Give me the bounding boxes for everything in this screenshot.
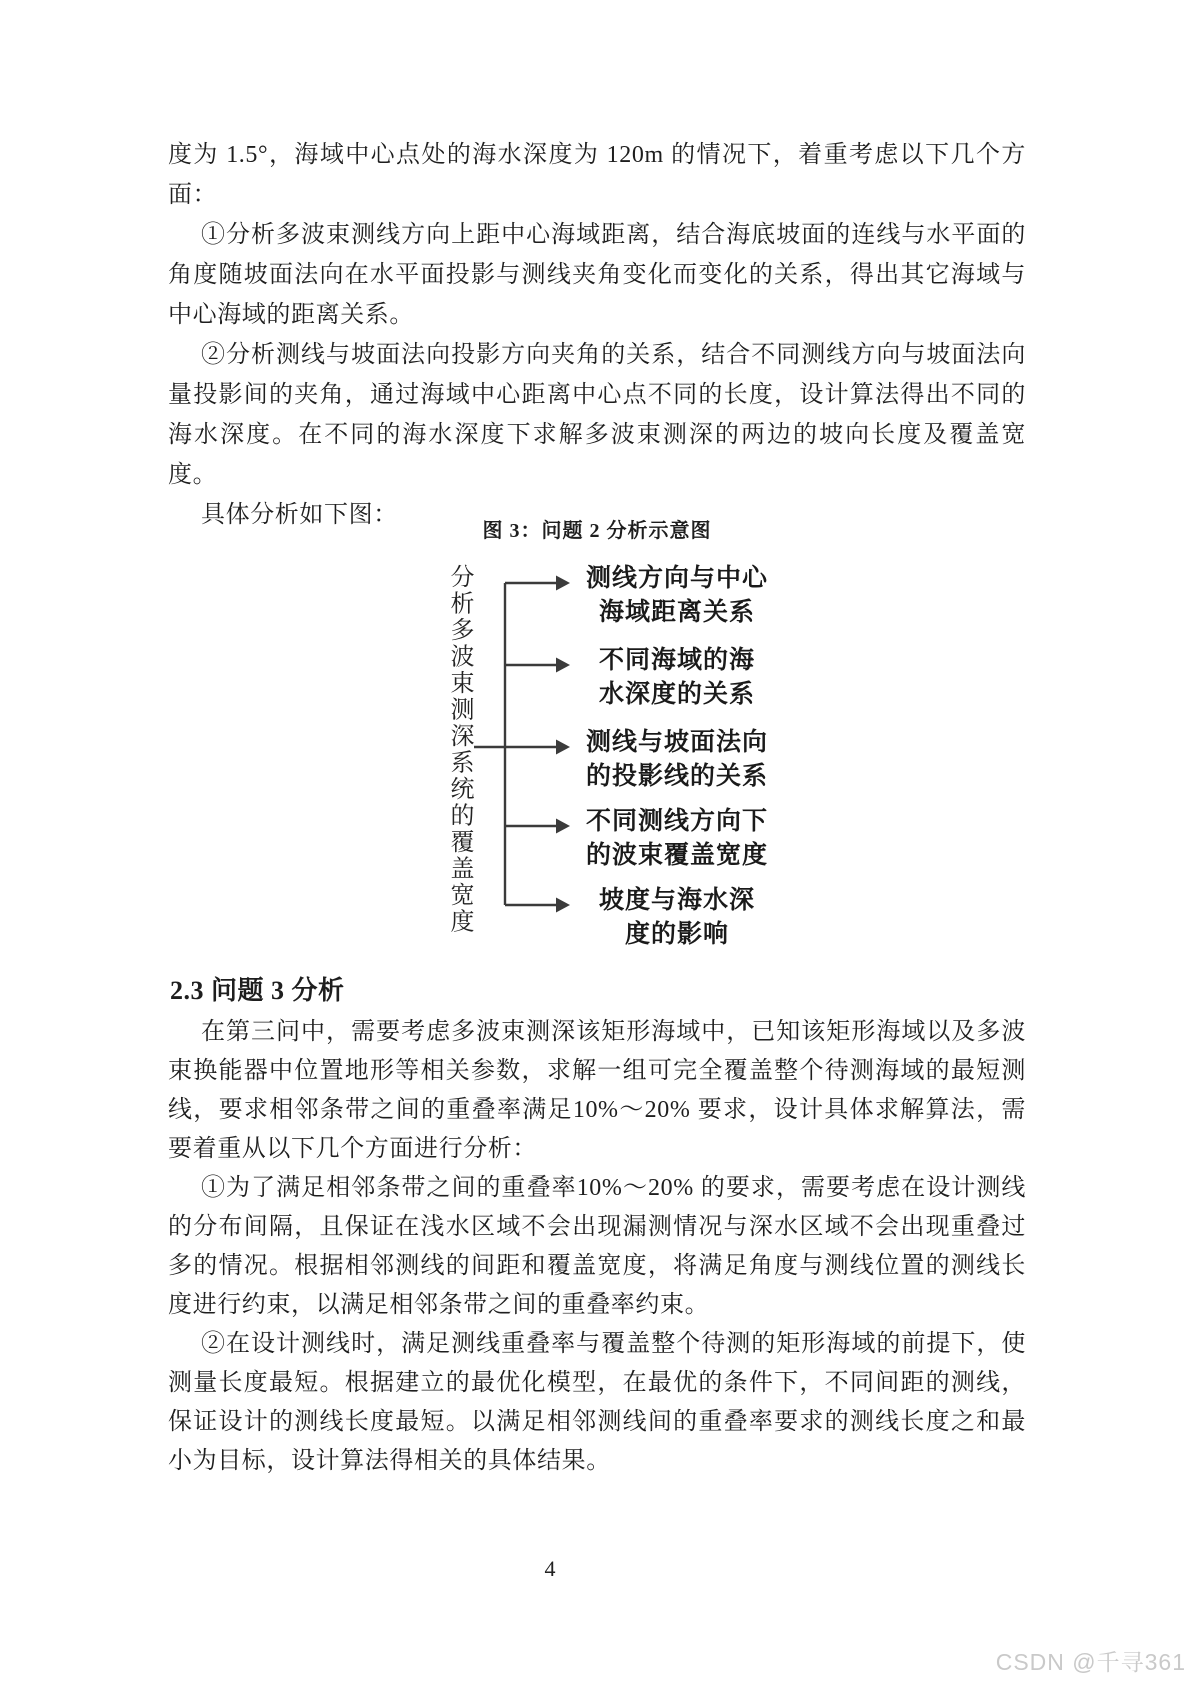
branch-1-line-1: 测线方向与中心 (572, 562, 782, 596)
page-number: 4 (530, 1556, 570, 1582)
document-page: 度为 1.5°，海域中心点处的海水深度为 120m 的情况下，着重考虑以下几个方… (0, 0, 1190, 1683)
diagram-trunk-line (474, 583, 505, 905)
section-2-3-heading: 2.3 问题 3 分析 (170, 970, 345, 1007)
diagram-branch-2: 不同海域的海 水深度的关系 (572, 644, 782, 712)
branch-4-line-1: 不同测线方向下 (572, 805, 782, 839)
branch-3-line-2: 的投影线的关系 (572, 760, 782, 794)
branch-5-line-1: 坡度与海水深 (572, 884, 782, 918)
diagram-branch-5: 坡度与海水深 度的影响 (572, 884, 782, 952)
figure3-caption: 图 3：问题 2 分析示意图 (168, 514, 1026, 543)
diagram-connector-lines (470, 558, 580, 958)
diagram-branch-4: 不同测线方向下 的波束覆盖宽度 (572, 805, 782, 873)
branch-5-line-2: 度的影响 (572, 918, 782, 952)
body-text-block-top: 度为 1.5°，海域中心点处的海水深度为 120m 的情况下，着重考虑以下几个方… (168, 135, 1026, 535)
branch-arrow-3 (505, 740, 570, 755)
section-2-3-point-2: ②在设计测线时，满足测线重叠率与覆盖整个待测的矩形海域的前提下，使测量长度最短。… (168, 1325, 1026, 1481)
section-2-3-point-1: ①为了满足相邻条带之间的重叠率10%～20% 的要求，需要考虑在设计测线的分布间… (168, 1169, 1026, 1325)
branch-arrow-1 (505, 576, 570, 591)
paragraph-point-2: ②分析测线与坡面法向投影方向夹角的关系，结合不同测线方向与坡面法向量投影间的夹角… (168, 335, 1026, 495)
branch-arrow-5 (505, 898, 570, 913)
branch-4-line-2: 的波束覆盖宽度 (572, 839, 782, 873)
branch-2-line-1: 不同海域的海 (572, 644, 782, 678)
paragraph-continuation: 度为 1.5°，海域中心点处的海水深度为 120m 的情况下，着重考虑以下几个方… (168, 135, 1026, 215)
paragraph-point-1: ①分析多波束测线方向上距中心海域距离，结合海底坡面的连线与水平面的角度随坡面法向… (168, 215, 1026, 335)
body-text-block-bottom: 在第三问中，需要考虑多波束测深该矩形海域中，已知该矩形海域以及多波束换能器中位置… (168, 1013, 1026, 1481)
branch-2-line-2: 水深度的关系 (572, 678, 782, 712)
figure3-diagram: 分析多波束测深系统的覆盖宽度 测线方向与中心 海 (0, 558, 1190, 958)
watermark: CSDN @千寻361 (996, 1644, 1186, 1677)
diagram-branch-3: 测线与坡面法向 的投影线的关系 (572, 726, 782, 794)
section-2-3-intro: 在第三问中，需要考虑多波束测深该矩形海域中，已知该矩形海域以及多波束换能器中位置… (168, 1013, 1026, 1169)
branch-arrow-4 (505, 819, 570, 834)
branch-1-line-2: 海域距离关系 (572, 596, 782, 630)
branch-arrow-2 (505, 658, 570, 673)
diagram-branch-1: 测线方向与中心 海域距离关系 (572, 562, 782, 630)
branch-3-line-1: 测线与坡面法向 (572, 726, 782, 760)
